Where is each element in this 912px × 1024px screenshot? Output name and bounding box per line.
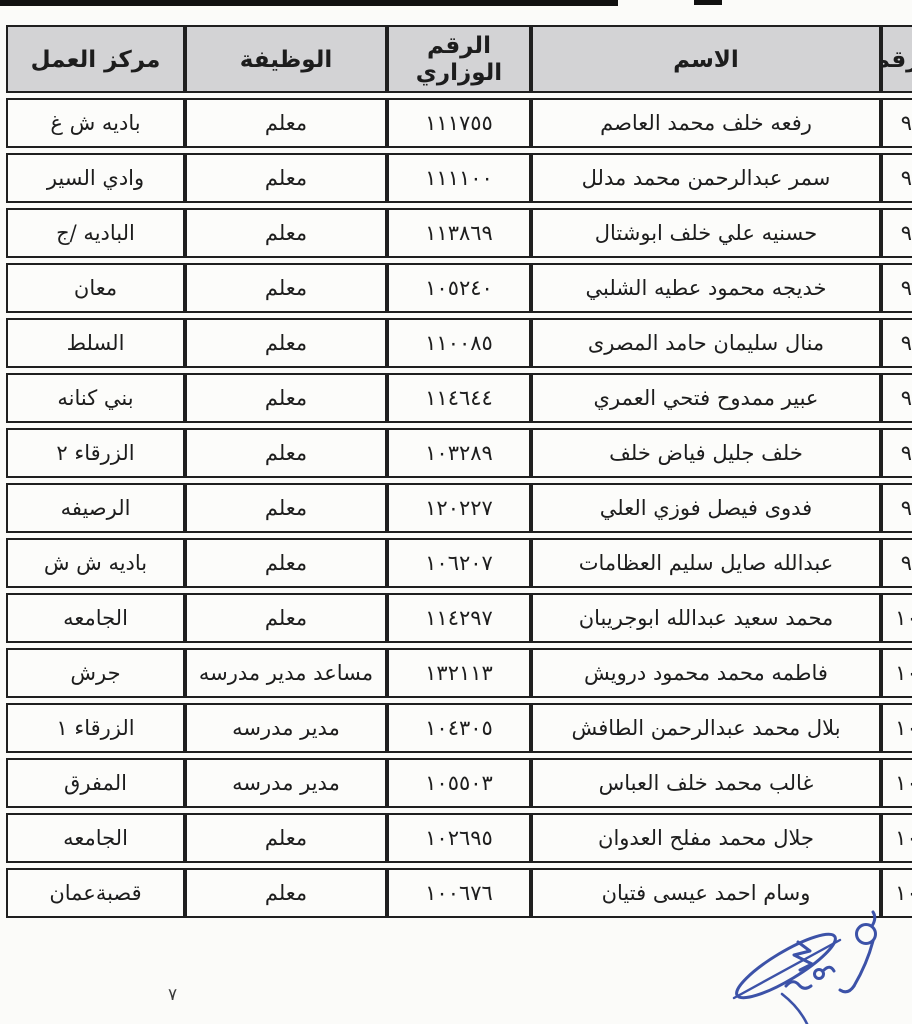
cell-ministry-number: ١٠٥٥٠٣ bbox=[387, 758, 531, 808]
cell-job-title: معلم bbox=[185, 593, 387, 643]
table-row: ١٠٣ غالب محمد خلف العباس ١٠٥٥٠٣ مدير مدر… bbox=[6, 758, 912, 808]
table-row: ٩١ رفعه خلف محمد العاصم ١١١٧٥٥ معلم بادي… bbox=[6, 98, 912, 148]
cell-job-title: معلم bbox=[185, 208, 387, 258]
cell-work-center: معان bbox=[6, 263, 185, 313]
cell-work-center: وادي السير bbox=[6, 153, 185, 203]
cell-job-title: مدير مدرسه bbox=[185, 703, 387, 753]
scanned-document-page: الرقم الاسم الرقم الوزاري الوظيفة مركز ا… bbox=[0, 0, 912, 1024]
cell-name: حسنيه علي خلف ابوشتال bbox=[531, 208, 881, 258]
cell-name: منال سليمان حامد المصرى bbox=[531, 318, 881, 368]
cell-name: فاطمه محمد محمود درويش bbox=[531, 648, 881, 698]
cell-work-center: المفرق bbox=[6, 758, 185, 808]
cell-row-number: ٩٩ bbox=[881, 538, 912, 588]
cell-job-title: معلم bbox=[185, 153, 387, 203]
table-row: ٩٢ سمر عبدالرحمن محمد مدلل ١١١١٠٠ معلم و… bbox=[6, 153, 912, 203]
cell-row-number: ٩٣ bbox=[881, 208, 912, 258]
cell-row-number: ١٠٤ bbox=[881, 813, 912, 863]
cell-job-title: معلم bbox=[185, 263, 387, 313]
cell-job-title: معلم bbox=[185, 813, 387, 863]
header-job-title: الوظيفة bbox=[185, 25, 387, 93]
table-row: ٩٦ عبير ممدوح فتحي العمري ١١٤٦٤٤ معلم بن… bbox=[6, 373, 912, 423]
cell-job-title: مدير مدرسه bbox=[185, 758, 387, 808]
cell-ministry-number: ١٠٣٢٨٩ bbox=[387, 428, 531, 478]
cell-work-center: الرصيفه bbox=[6, 483, 185, 533]
page-number: ٧ bbox=[168, 985, 177, 1005]
signature-scribble-icon bbox=[724, 908, 912, 1024]
cell-job-title: معلم bbox=[185, 373, 387, 423]
cell-work-center: الباديه /ج bbox=[6, 208, 185, 258]
scan-artifact-dash bbox=[694, 0, 722, 5]
header-work-center: مركز العمل bbox=[6, 25, 185, 93]
cell-ministry-number: ١١١٧٥٥ bbox=[387, 98, 531, 148]
header-row-number: الرقم bbox=[881, 25, 912, 93]
cell-row-number: ٩١ bbox=[881, 98, 912, 148]
cell-ministry-number: ١٠٥٢٤٠ bbox=[387, 263, 531, 313]
cell-name: سمر عبدالرحمن محمد مدلل bbox=[531, 153, 881, 203]
cell-work-center: الزرقاء ٢ bbox=[6, 428, 185, 478]
cell-name: محمد سعيد عبدالله ابوجريبان bbox=[531, 593, 881, 643]
table-row: ٩٩ عبدالله صايل سليم العظامات ١٠٦٢٠٧ معل… bbox=[6, 538, 912, 588]
cell-row-number: ٩٨ bbox=[881, 483, 912, 533]
cell-ministry-number: ١٠٤٣٠٥ bbox=[387, 703, 531, 753]
cell-ministry-number: ١٢٠٢٢٧ bbox=[387, 483, 531, 533]
cell-row-number: ٩٤ bbox=[881, 263, 912, 313]
cell-work-center: باديه ش ش bbox=[6, 538, 185, 588]
staff-table-body: ٩١ رفعه خلف محمد العاصم ١١١٧٥٥ معلم بادي… bbox=[6, 98, 912, 918]
cell-ministry-number: ١١١١٠٠ bbox=[387, 153, 531, 203]
cell-work-center: باديه ش غ bbox=[6, 98, 185, 148]
table-row: ٩٣ حسنيه علي خلف ابوشتال ١١٣٨٦٩ معلم الب… bbox=[6, 208, 912, 258]
cell-work-center: قصبةعمان bbox=[6, 868, 185, 918]
cell-row-number: ٩٢ bbox=[881, 153, 912, 203]
table-header-row: الرقم الاسم الرقم الوزاري الوظيفة مركز ا… bbox=[6, 25, 912, 93]
cell-ministry-number: ١٠٦٢٠٧ bbox=[387, 538, 531, 588]
cell-name: بلال محمد عبدالرحمن الطافش bbox=[531, 703, 881, 753]
cell-work-center: الجامعه bbox=[6, 813, 185, 863]
table-row: ١٠١ فاطمه محمد محمود درويش ١٣٢١١٣ مساعد … bbox=[6, 648, 912, 698]
cell-job-title: معلم bbox=[185, 483, 387, 533]
header-name: الاسم bbox=[531, 25, 881, 93]
cell-work-center: السلط bbox=[6, 318, 185, 368]
table-row: ١٠٢ بلال محمد عبدالرحمن الطافش ١٠٤٣٠٥ مد… bbox=[6, 703, 912, 753]
cell-ministry-number: ١٠٢٦٩٥ bbox=[387, 813, 531, 863]
cell-ministry-number: ١٣٢١١٣ bbox=[387, 648, 531, 698]
cell-work-center: جرش bbox=[6, 648, 185, 698]
cell-row-number: ١٠٠ bbox=[881, 593, 912, 643]
cell-ministry-number: ١١٠٠٨٥ bbox=[387, 318, 531, 368]
staff-list-table: الرقم الاسم الرقم الوزاري الوظيفة مركز ا… bbox=[6, 20, 912, 923]
cell-ministry-number: ١٠٠٦٧٦ bbox=[387, 868, 531, 918]
cell-job-title: معلم bbox=[185, 428, 387, 478]
cell-row-number: ٩٥ bbox=[881, 318, 912, 368]
scan-artifact-bar bbox=[0, 0, 618, 6]
cell-job-title: معلم bbox=[185, 538, 387, 588]
table-row: ٩٧ خلف جليل فياض خلف ١٠٣٢٨٩ معلم الزرقاء… bbox=[6, 428, 912, 478]
cell-name: عبدالله صايل سليم العظامات bbox=[531, 538, 881, 588]
cell-row-number: ١٠٣ bbox=[881, 758, 912, 808]
table-row: ١٠٤ جلال محمد مفلح العدوان ١٠٢٦٩٥ معلم ا… bbox=[6, 813, 912, 863]
cell-work-center: الجامعه bbox=[6, 593, 185, 643]
cell-row-number: ٩٧ bbox=[881, 428, 912, 478]
table-row: ١٠٠ محمد سعيد عبدالله ابوجريبان ١١٤٢٩٧ م… bbox=[6, 593, 912, 643]
cell-ministry-number: ١١٤٢٩٧ bbox=[387, 593, 531, 643]
table-row: ٩٥ منال سليمان حامد المصرى ١١٠٠٨٥ معلم ا… bbox=[6, 318, 912, 368]
cell-work-center: الزرقاء ١ bbox=[6, 703, 185, 753]
table-row: ٩٤ خديجه محمود عطيه الشلبي ١٠٥٢٤٠ معلم م… bbox=[6, 263, 912, 313]
cell-ministry-number: ١١٤٦٤٤ bbox=[387, 373, 531, 423]
table-row: ٩٨ فدوى فيصل فوزي العلي ١٢٠٢٢٧ معلم الرص… bbox=[6, 483, 912, 533]
cell-job-title: معلم bbox=[185, 318, 387, 368]
cell-name: خديجه محمود عطيه الشلبي bbox=[531, 263, 881, 313]
cell-row-number: ١٠١ bbox=[881, 648, 912, 698]
header-ministry-number: الرقم الوزاري bbox=[387, 25, 531, 93]
cell-job-title: معلم bbox=[185, 868, 387, 918]
cell-name: خلف جليل فياض خلف bbox=[531, 428, 881, 478]
cell-work-center: بني كنانه bbox=[6, 373, 185, 423]
cell-job-title: معلم bbox=[185, 98, 387, 148]
cell-name: جلال محمد مفلح العدوان bbox=[531, 813, 881, 863]
cell-name: رفعه خلف محمد العاصم bbox=[531, 98, 881, 148]
cell-row-number: ١٠٢ bbox=[881, 703, 912, 753]
cell-name: فدوى فيصل فوزي العلي bbox=[531, 483, 881, 533]
cell-row-number: ٩٦ bbox=[881, 373, 912, 423]
cell-ministry-number: ١١٣٨٦٩ bbox=[387, 208, 531, 258]
cell-name: عبير ممدوح فتحي العمري bbox=[531, 373, 881, 423]
cell-job-title: مساعد مدير مدرسه bbox=[185, 648, 387, 698]
cell-name: غالب محمد خلف العباس bbox=[531, 758, 881, 808]
